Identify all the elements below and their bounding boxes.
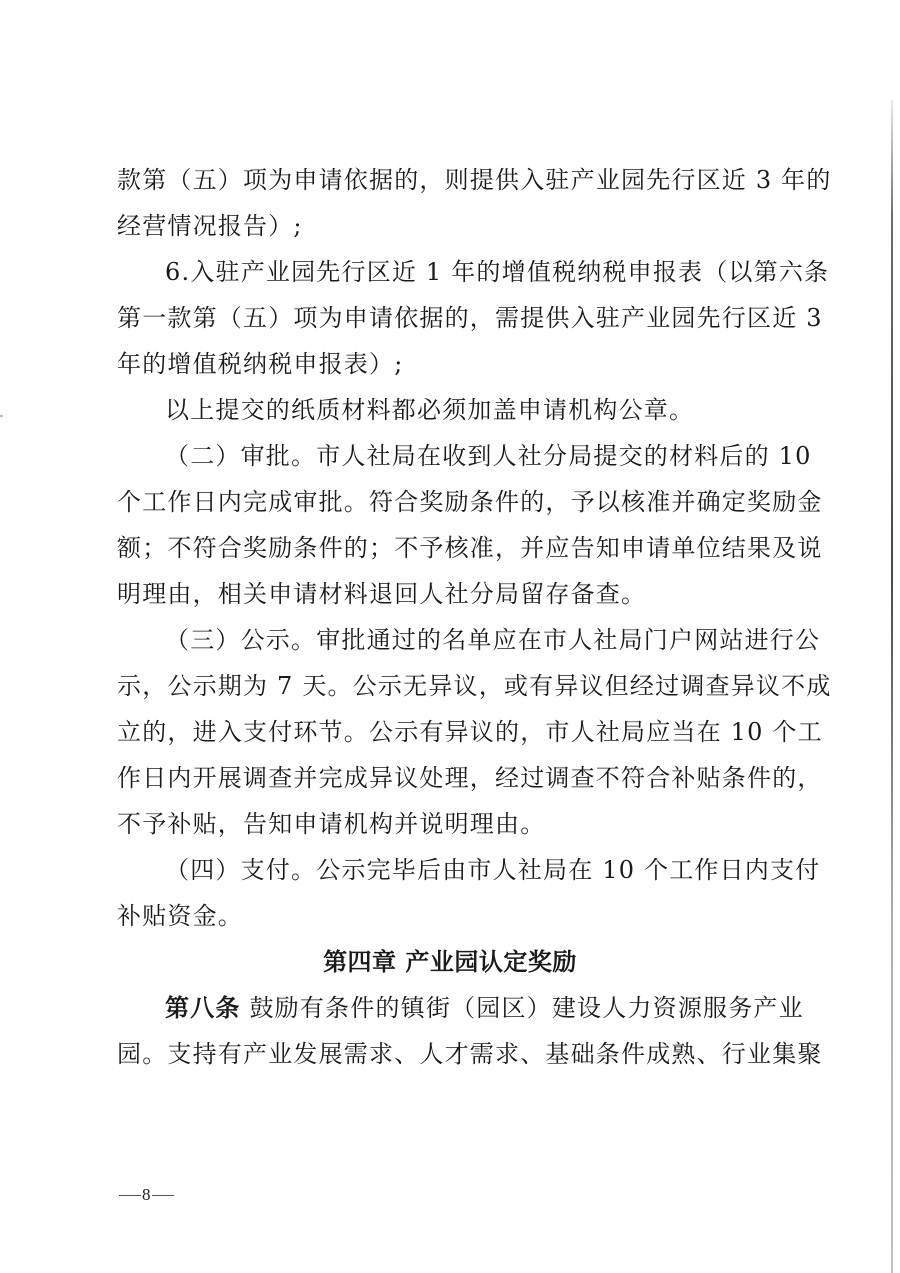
- article-text: 鼓励有条件的镇街（园区）建设人力资源服务产业: [241, 994, 804, 1022]
- body-line: （三）公示。审批通过的名单应在市人社局门户网站进行公: [165, 617, 783, 663]
- body-line: 额；不符合奖励条件的；不予核准，并应告知申请单位结果及说: [117, 525, 783, 571]
- page-number-dash: [152, 1195, 174, 1196]
- scan-speck: [0, 415, 3, 417]
- body-line: （四）支付。公示完毕后由市人社局在 10 个工作日内支付: [165, 847, 783, 893]
- article-line: 第八条 鼓励有条件的镇街（园区）建设人力资源服务产业: [165, 985, 783, 1031]
- body-line: 以上提交的纸质材料都必须加盖申请机构公章。: [165, 387, 783, 433]
- body-line: 个工作日内完成审批。符合奖励条件的，予以核准并确定奖励金: [117, 479, 783, 525]
- body-line: 6.入驻产业园先行区近 1 年的增值税纳税申报表（以第六条: [165, 249, 783, 295]
- article-number: 第八条: [165, 994, 241, 1022]
- page-number-dash: [119, 1195, 141, 1196]
- body-line: 园。支持有产业发展需求、人才需求、基础条件成熟、行业集聚: [117, 1031, 783, 1077]
- page-number: 8: [118, 1182, 175, 1208]
- body-line: 经营情况报告）;: [117, 203, 783, 249]
- chapter-heading: 第四章 产业园认定奖励: [0, 939, 900, 985]
- scan-edge-line: [891, 100, 893, 1273]
- body-line: 年的增值税纳税申报表）;: [117, 341, 783, 387]
- body-line: （二）审批。市人社局在收到人社分局提交的材料后的 10: [165, 433, 783, 479]
- page-number-value: 8: [142, 1182, 151, 1208]
- body-line: 示，公示期为 7 天。公示无异议，或有异议但经过调查异议不成: [117, 663, 783, 709]
- document-page: 款第（五）项为申请依据的，则提供入驻产业园先行区近 3 年的 经营情况报告）; …: [0, 0, 900, 1273]
- body-line: 明理由，相关申请材料退回人社分局留存备查。: [117, 571, 783, 617]
- body-line: 立的，进入支付环节。公示有异议的，市人社局应当在 10 个工: [117, 709, 783, 755]
- body-line: 作日内开展调查并完成异议处理，经过调查不符合补贴条件的，: [117, 755, 783, 801]
- body-line: 不予补贴，告知申请机构并说明理由。: [117, 801, 783, 847]
- body-line: 第一款第（五）项为申请依据的，需提供入驻产业园先行区近 3: [117, 295, 783, 341]
- body-line: 款第（五）项为申请依据的，则提供入驻产业园先行区近 3 年的: [117, 157, 783, 203]
- body-line: 补贴资金。: [117, 893, 783, 939]
